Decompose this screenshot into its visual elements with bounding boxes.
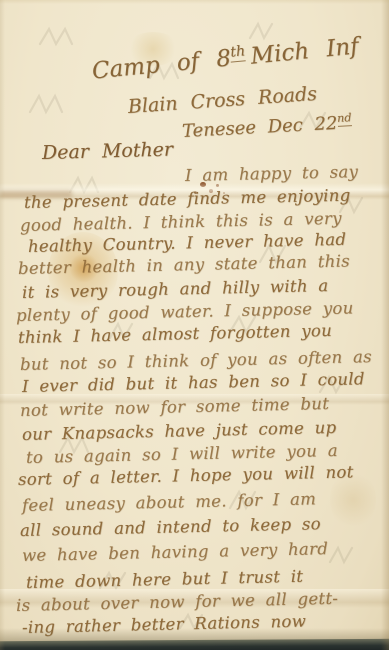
dateline-regiment: Camp of 8thMich Inf — [91, 32, 360, 84]
ordinal-suffix: th — [230, 43, 247, 62]
body-line: feel uneasy about me. for I am — [22, 489, 317, 515]
body-line: better health in any state than this — [18, 251, 350, 278]
body-line: -ing rather better Rations now — [22, 612, 307, 637]
page-edge-top — [0, 0, 389, 4]
body-line: it is very rough and hilly with a — [22, 276, 329, 302]
page-edge-right — [381, 0, 389, 650]
dateline-date: Tenesee Dec 22nd — [181, 111, 352, 142]
dateline-regiment-unit: Mich Inf — [249, 33, 359, 69]
body-line: think I have almost forgotten you — [18, 321, 332, 347]
body-line: time down here but I trust it — [26, 567, 304, 592]
body-line: our Knapsacks have just come up — [22, 418, 337, 444]
letter-scan: Camp of 8thMich Inf Blain Cross Roads Te… — [0, 0, 389, 650]
dateline-date-text: Tenesee Dec 22 — [181, 113, 337, 142]
body-line: I ever did but it has ben so I could — [22, 369, 365, 396]
body-line: not write now for some time but — [20, 394, 330, 420]
dateline-place: Blain Cross Roads — [127, 83, 317, 118]
scan-edge-bottom — [0, 639, 389, 650]
ink-spot — [216, 184, 219, 187]
salutation: Dear Mother — [42, 139, 174, 164]
body-line: the present date finds me enjoying — [24, 186, 351, 212]
body-line: I am happy to say — [185, 162, 359, 185]
body-line: all sound and intend to keep so — [20, 514, 321, 540]
page-edge-left — [0, 0, 5, 650]
body-line: we have ben having a very hard — [22, 539, 329, 565]
ordinal-suffix: nd — [337, 111, 352, 127]
dateline-regiment-text: Camp of 8 — [91, 45, 232, 84]
body-line: sort of a letter. I hope you will not — [18, 462, 354, 489]
